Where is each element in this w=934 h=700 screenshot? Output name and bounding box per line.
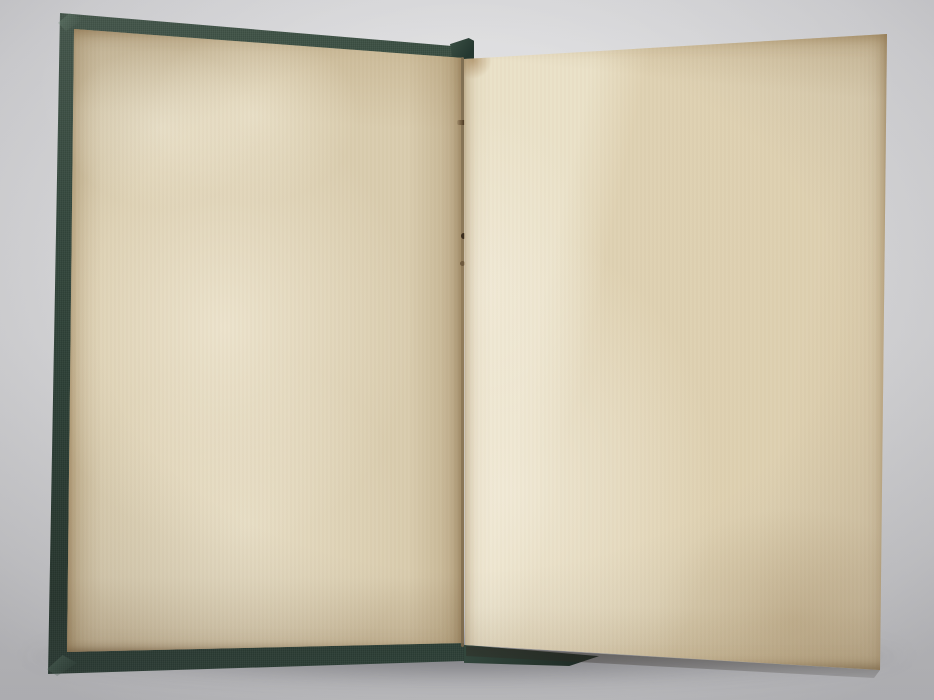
gutter-seam — [461, 57, 464, 647]
book-photo — [0, 0, 934, 700]
stitch-hole — [460, 261, 465, 266]
right-endpaper-page — [464, 34, 888, 670]
left-endpaper-page — [66, 28, 464, 652]
